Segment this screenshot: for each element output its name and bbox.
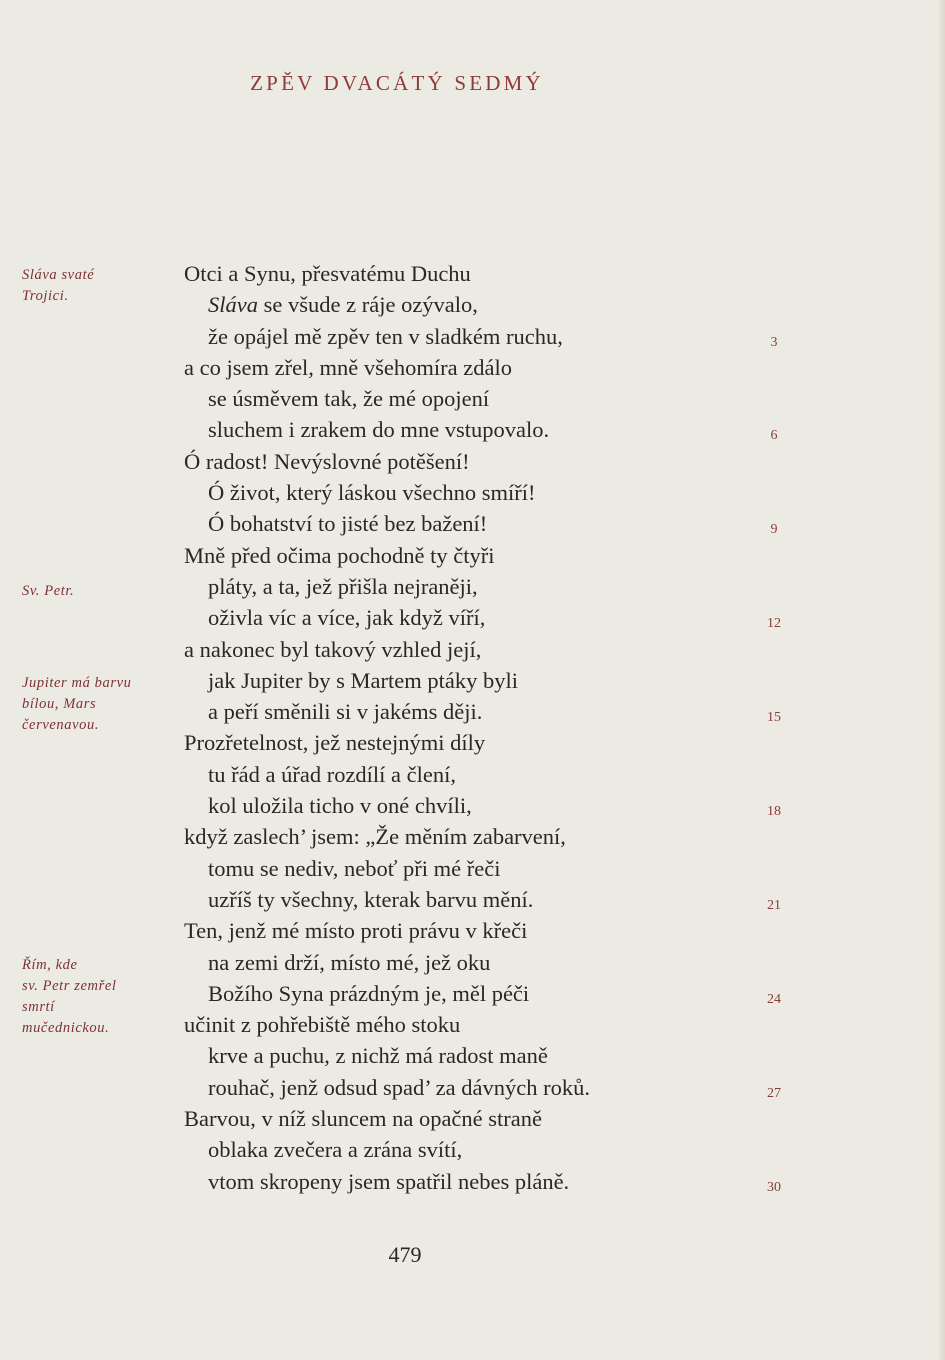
margin-note: Řím, kde sv. Petr zemřel smrtí mučednick… <box>22 955 117 1039</box>
verse-line: Božího Syna prázdným je, měl péči24 <box>184 978 590 1009</box>
verse-line: a nakonec byl takový vzhled její, <box>184 634 590 665</box>
verse-line: tomu se nediv, neboť při mé řeči <box>184 853 590 884</box>
verse-line: Otci a Synu, přesvatému Duchu <box>184 258 590 289</box>
verse-text: že opájel mě zpěv ten v sladkém ruchu, <box>208 324 563 349</box>
verse-line: sluchem i zrakem do mne vstupovalo.6 <box>184 414 590 445</box>
verse-text: sluchem i zrakem do mne vstupovalo. <box>208 417 549 442</box>
line-number: 12 <box>729 608 819 639</box>
verse-line: a peří směnili si v jakéms ději.15 <box>184 696 590 727</box>
verse-line: Ó život, který láskou všechno smíří! <box>184 477 590 508</box>
verse-line: že opájel mě zpěv ten v sladkém ruchu,3 <box>184 321 590 352</box>
verse-text: jak Jupiter by s Martem ptáky byli <box>208 668 518 693</box>
verse-line: uzříš ty všechny, kterak barvu mění.21 <box>184 884 590 915</box>
line-number: 18 <box>729 796 819 827</box>
verse-emphasis: Sláva <box>208 292 258 317</box>
line-number: 24 <box>729 984 819 1015</box>
verse-text: se všude z ráje ozývalo, <box>258 292 478 317</box>
verse-line: se úsměvem tak, že mé opojení <box>184 383 590 414</box>
line-number: 6 <box>729 420 819 451</box>
verse-line: tu řád a úřad rozdílí a člení, <box>184 759 590 790</box>
verse-text: Ó bohatství to jisté bez bažení! <box>208 511 487 536</box>
verse-line: oživla víc a více, jak když víří,12 <box>184 602 590 633</box>
verse-line: kol uložila ticho v oné chvíli,18 <box>184 790 590 821</box>
verse-line: krve a puchu, z nichž má radost maně <box>184 1040 590 1071</box>
verse-line: na zemi drží, místo mé, jež oku <box>184 947 590 978</box>
verse-text: Barvou, v níž sluncem na opačné straně <box>184 1106 542 1131</box>
verse-text: pláty, a ta, jež přišla nejraněji, <box>208 574 478 599</box>
verse-line: když zaslech’ jsem: „Že měním zabarvení, <box>184 821 590 852</box>
verse-text: tu řád a úřad rozdílí a člení, <box>208 762 456 787</box>
line-number: 9 <box>729 514 819 545</box>
line-number: 15 <box>729 702 819 733</box>
verse-text: učinit z pohřebiště mého stoku <box>184 1012 460 1037</box>
verse-line: Ó bohatství to jisté bez bažení!9 <box>184 508 590 539</box>
margin-note: Sláva svaté Trojici. <box>22 265 94 307</box>
verse-line: jak Jupiter by s Martem ptáky byli <box>184 665 590 696</box>
verse-text: tomu se nediv, neboť při mé řeči <box>208 856 500 881</box>
verse-text: oživla víc a více, jak když víří, <box>208 605 485 630</box>
verse-text: Božího Syna prázdným je, měl péči <box>208 981 529 1006</box>
verse-line: Ó radost! Nevýslovné potěšení! <box>184 446 590 477</box>
line-number: 30 <box>729 1172 819 1203</box>
margin-note: Jupiter má barvu bílou, Mars červenavou. <box>22 673 131 736</box>
verse-line: Mně před očima pochodně ty čtyři <box>184 540 590 571</box>
verse-line: oblaka zvečera a zrána svítí, <box>184 1134 590 1165</box>
line-number: 27 <box>729 1078 819 1109</box>
verse-text: vtom skropeny jsem spatřil nebes pláně. <box>208 1169 569 1194</box>
line-number: 21 <box>729 890 819 921</box>
verse-text: oblaka zvečera a zrána svítí, <box>208 1137 462 1162</box>
verse-text: a peří směnili si v jakéms ději. <box>208 699 482 724</box>
verse-text: uzříš ty všechny, kterak barvu mění. <box>208 887 533 912</box>
verse-line: učinit z pohřebiště mého stoku <box>184 1009 590 1040</box>
verse-text: se úsměvem tak, že mé opojení <box>208 386 489 411</box>
verse-text: kol uložila ticho v oné chvíli, <box>208 793 472 818</box>
verse-line: rouhač, jenž odsud spad’ za dávných roků… <box>184 1072 590 1103</box>
verse-line: a co jsem zřel, mně všehomíra zdálo <box>184 352 590 383</box>
verse-text: na zemi drží, místo mé, jež oku <box>208 950 490 975</box>
page-number: 479 <box>0 1242 810 1268</box>
verse-text: Mně před očima pochodně ty čtyři <box>184 543 495 568</box>
line-number: 3 <box>729 327 819 358</box>
verse-line: Barvou, v níž sluncem na opačné straně <box>184 1103 590 1134</box>
margin-note: Sv. Petr. <box>22 581 74 602</box>
page-edge <box>939 0 945 1360</box>
verse-line: vtom skropeny jsem spatřil nebes pláně.3… <box>184 1166 590 1197</box>
verse-text: Ó radost! Nevýslovné potěšení! <box>184 449 470 474</box>
verse-line: Sláva se všude z ráje ozývalo, <box>184 289 590 320</box>
verse-line: Prozřetelnost, jež nestejnými díly <box>184 727 590 758</box>
verse-text: a nakonec byl takový vzhled její, <box>184 637 481 662</box>
verse-text: Otci a Synu, přesvatému Duchu <box>184 261 471 286</box>
verse-line: Ten, jenž mé místo proti právu v křeči <box>184 915 590 946</box>
verse-text: Ten, jenž mé místo proti právu v křeči <box>184 918 527 943</box>
verse-text: krve a puchu, z nichž má radost maně <box>208 1043 548 1068</box>
verse-line: pláty, a ta, jež přišla nejraněji, <box>184 571 590 602</box>
verse-text: Prozřetelnost, jež nestejnými díly <box>184 730 485 755</box>
verse-block: Otci a Synu, přesvatému DuchuSláva se vš… <box>184 258 590 1197</box>
running-head: ZPĚV DVACÁTÝ SEDMÝ <box>0 71 794 96</box>
verse-text: rouhač, jenž odsud spad’ za dávných roků… <box>208 1075 590 1100</box>
verse-text: a co jsem zřel, mně všehomíra zdálo <box>184 355 512 380</box>
verse-text: když zaslech’ jsem: „Že měním zabarvení, <box>184 824 566 849</box>
verse-text: Ó život, který láskou všechno smíří! <box>208 480 535 505</box>
